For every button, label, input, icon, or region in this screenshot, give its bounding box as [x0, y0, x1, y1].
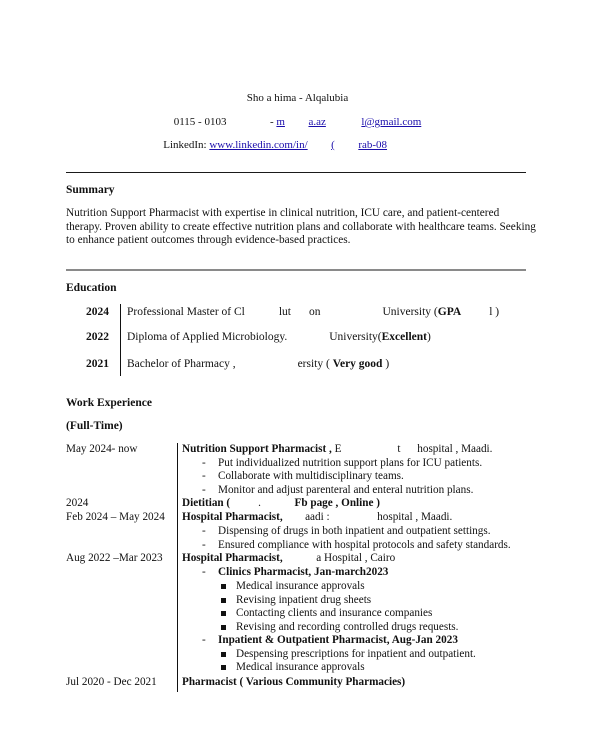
education-entry: Diploma of Applied Microbiology.Universi…	[127, 331, 431, 343]
education-university: University (	[383, 306, 438, 318]
education-divider-bar	[120, 304, 121, 376]
dash-bullet: -	[202, 457, 206, 471]
subrole-item: Medical insurance approvals	[236, 661, 365, 675]
work-heading: Work Experience	[66, 397, 152, 409]
dash-bullet: -	[202, 634, 206, 648]
square-bullet-icon	[221, 665, 226, 670]
work-subheading: (Full-Time)	[66, 420, 123, 432]
job-date: Aug 2022 –Mar 2023	[66, 552, 163, 566]
job-employer: .	[230, 497, 294, 509]
subrole-item: Medical insurance approvals	[236, 580, 365, 594]
education-heading: Education	[66, 282, 117, 294]
education-grade: GPA	[438, 306, 461, 318]
email-link-part-2[interactable]: a.az	[308, 116, 325, 128]
job-role: Pharmacist ( Various Community Pharmacie…	[182, 676, 405, 690]
job-role: Hospital Pharmacist, aadi : hospital , M…	[182, 511, 452, 525]
divider-summary	[66, 269, 526, 271]
job-employer: a Hospital , Cairo	[283, 552, 395, 564]
subrole-title: Inpatient & Outpatient Pharmacist, Aug-J…	[218, 634, 458, 648]
job-date: May 2024- now	[66, 443, 137, 457]
work-divider-bar	[177, 443, 178, 692]
job-bullet: Put individualized nutrition support pla…	[218, 457, 482, 471]
job-title: Pharmacist ( Various Community Pharmacie…	[182, 676, 405, 688]
subrole-item: Despensing prescriptions for inpatient a…	[236, 648, 476, 662]
education-entry: Professional Master of CllutonUniversity…	[127, 306, 499, 318]
job-title: Hospital Pharmacist,	[182, 552, 283, 564]
dash-bullet: -	[202, 470, 206, 484]
job-role: Hospital Pharmacist, a Hospital , Cairo	[182, 552, 395, 566]
education-entry: Bachelor of Pharmacy ,ersity ( Very good…	[127, 358, 389, 370]
linkedin-link-part-2[interactable]: (	[331, 139, 335, 151]
education-degree: Diploma of Applied Microbiology.	[127, 331, 287, 343]
education-university: University(	[329, 331, 381, 343]
education-degree: Bachelor of Pharmacy ,	[127, 358, 236, 370]
subrole-item: Revising and recording controlled drugs …	[236, 621, 458, 635]
dash-bullet: -	[202, 484, 206, 498]
linkedin-link-part-3[interactable]: rab-08	[358, 139, 387, 151]
phone-numbers: 0115 - 0103	[174, 116, 227, 128]
divider-top	[66, 172, 526, 173]
subrole-item: Contacting clients and insurance compani…	[236, 607, 432, 621]
linkedin-label: LinkedIn:	[163, 139, 209, 151]
candidate-name: Sho a hima - Alqalubia	[0, 92, 595, 104]
education-grade: Excellent	[382, 331, 427, 343]
education-degree-fragment: lut	[279, 306, 291, 318]
education-university: ersity (	[298, 358, 333, 370]
summary-text: Nutrition Support Pharmacist with expert…	[66, 207, 536, 248]
education-year: 2024	[86, 306, 109, 318]
job-role: Dietitian ( . Fb page , Online )	[182, 497, 380, 511]
square-bullet-icon	[221, 584, 226, 589]
job-date: 2024	[66, 497, 88, 511]
job-date: Jul 2020 - Dec 2021	[66, 676, 157, 690]
education-grade-close: )	[427, 331, 431, 343]
summary-heading: Summary	[66, 184, 115, 196]
education-degree-fragment: on	[309, 306, 321, 318]
job-title: Dietitian (	[182, 497, 230, 509]
job-title: Hospital Pharmacist,	[182, 511, 283, 523]
square-bullet-icon	[221, 625, 226, 630]
education-grade: Very good	[333, 358, 383, 370]
contact-line: 0115 - 0103 - m a.az l@gmail.com	[0, 116, 595, 128]
dash-bullet: -	[202, 566, 206, 580]
email-link-part-1[interactable]: m	[276, 116, 285, 128]
job-employer-detail: Fb page , Online )	[295, 497, 380, 509]
education-grade-close: )	[382, 358, 389, 370]
job-bullet: Collaborate with multidisciplinary teams…	[218, 470, 404, 484]
email-link-part-3[interactable]: l@gmail.com	[361, 116, 421, 128]
job-title: Nutrition Support Pharmacist ,	[182, 443, 335, 455]
linkedin-link-part-1[interactable]: www.linkedin.com/in/	[209, 139, 307, 151]
square-bullet-icon	[221, 598, 226, 603]
subrole-title-text: Clinics Pharmacist, Jan-march2023	[218, 566, 388, 578]
job-date: Feb 2024 – May 2024	[66, 511, 165, 525]
job-bullet: Monitor and adjust parenteral and entera…	[218, 484, 473, 498]
linkedin-line: LinkedIn: www.linkedin.com/in/ ( rab-08	[0, 139, 595, 151]
square-bullet-icon	[221, 611, 226, 616]
job-role: Nutrition Support Pharmacist , E t hospi…	[182, 443, 492, 457]
education-year: 2022	[86, 331, 109, 343]
job-employer: aadi : hospital , Maadi.	[283, 511, 453, 523]
education-degree: Professional Master of Cl	[127, 306, 245, 318]
subrole-title: Clinics Pharmacist, Jan-march2023	[218, 566, 388, 580]
square-bullet-icon	[221, 652, 226, 657]
education-grade-fragment: l )	[489, 306, 499, 318]
dash-bullet: -	[202, 539, 206, 553]
job-employer: E t hospital , Maadi.	[335, 443, 493, 455]
job-bullet: Dispensing of drugs in both inpatient an…	[218, 525, 491, 539]
subrole-item: Revising inpatient drug sheets	[236, 594, 371, 608]
dash-bullet: -	[202, 525, 206, 539]
subrole-title-text: Inpatient & Outpatient Pharmacist, Aug-J…	[218, 634, 458, 646]
education-year: 2021	[86, 358, 109, 370]
job-bullet: Ensured compliance with hospital protoco…	[218, 539, 511, 553]
